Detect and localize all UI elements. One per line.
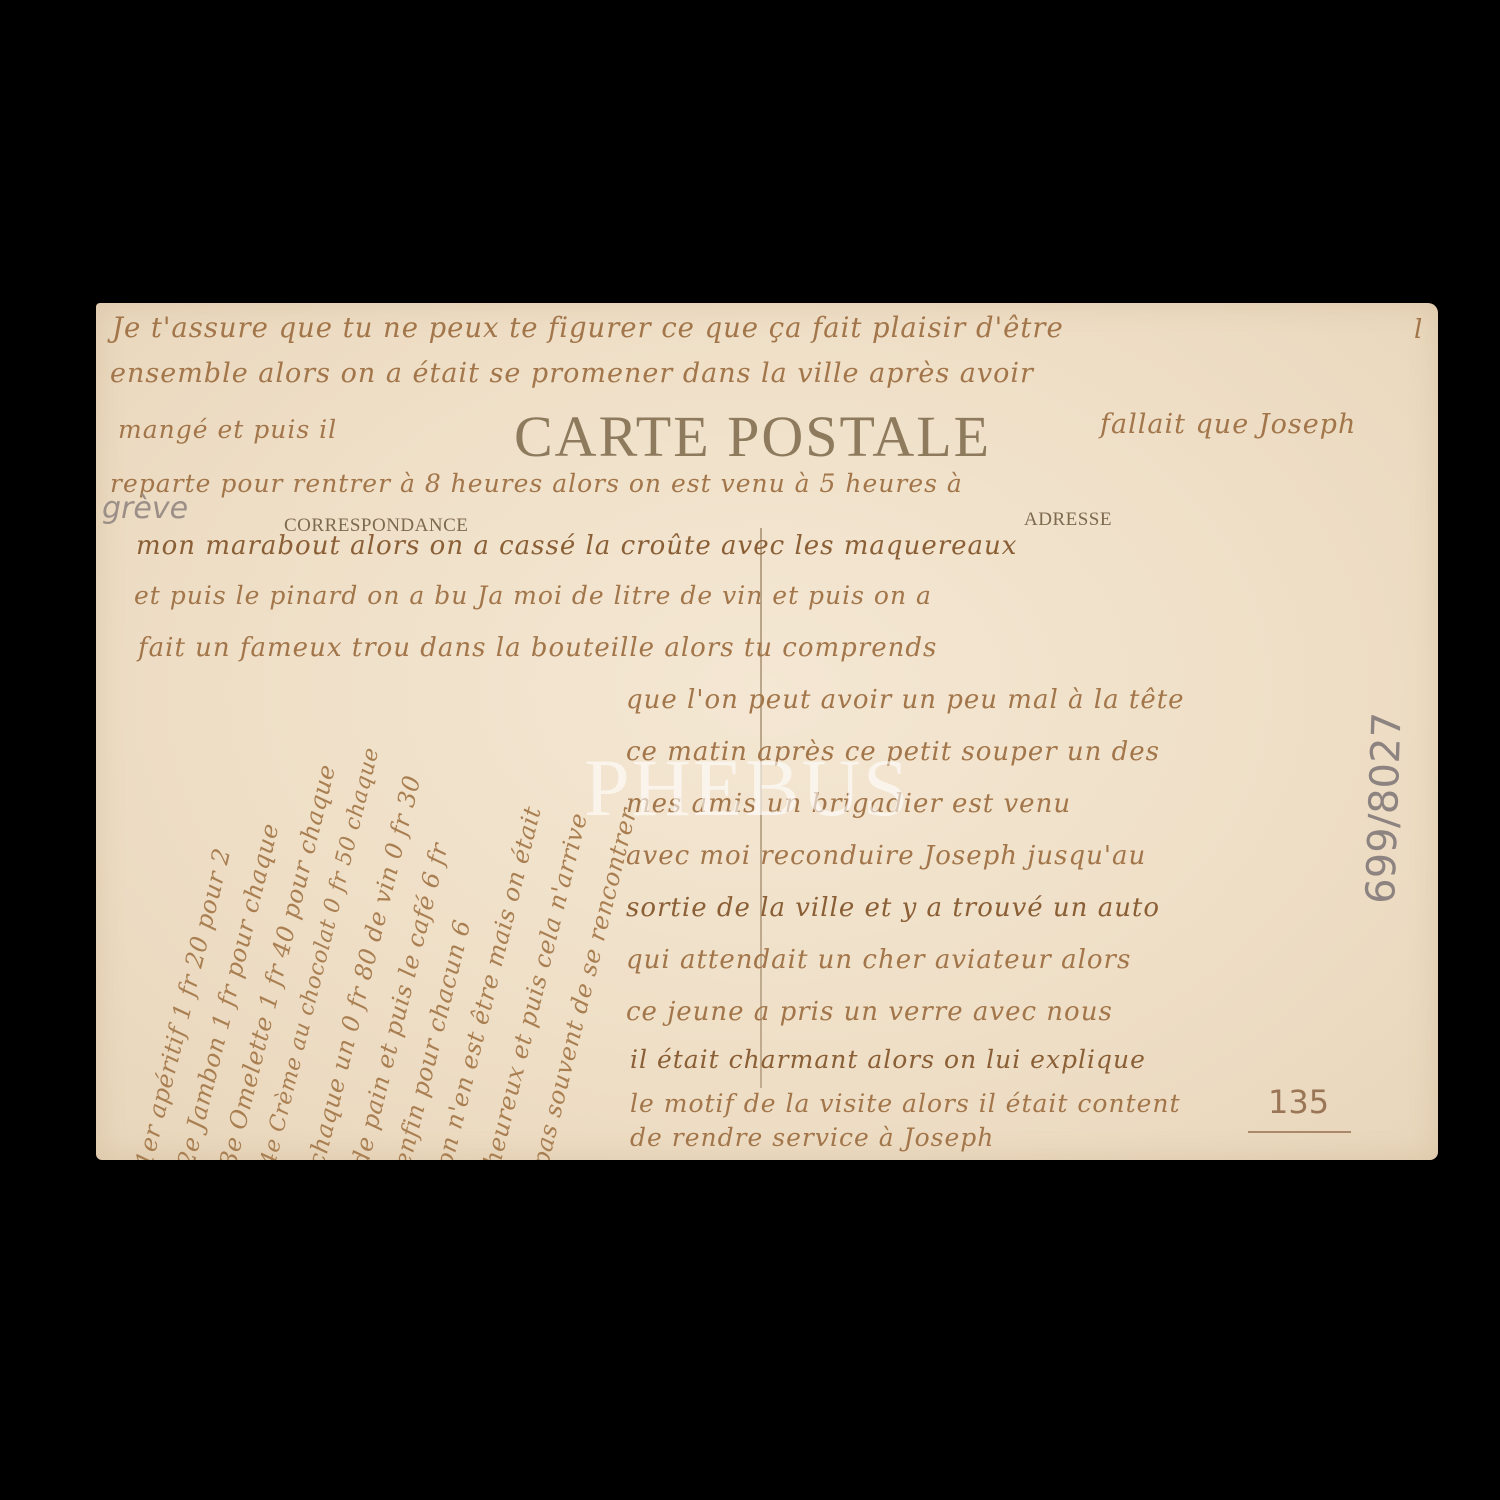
corner-ink-mark: l (1414, 315, 1423, 345)
printed-title: CARTE POSTALE (514, 403, 991, 470)
handwriting-line: Je t'assure que tu ne peux te figurer ce… (112, 311, 1064, 344)
handwriting-line: ensemble alors on a était se promener da… (110, 358, 1034, 389)
handwriting-line: sortie de la ville et y a trouvé un auto (626, 893, 1160, 923)
handwriting-line: avec moi reconduire Joseph jusqu'au (626, 841, 1146, 871)
handwriting-line: mangé et puis il (118, 415, 337, 444)
handwriting-line: ce jeune a pris un verre avec nous (626, 997, 1113, 1027)
handwriting-line: fallait que Joseph (1100, 409, 1356, 440)
pencil-reference-number: 699/8027 (1358, 711, 1411, 904)
handwriting-line: et puis le pinard on a bu Ja moi de litr… (134, 581, 932, 610)
address-label: ADRESSE (1024, 509, 1112, 531)
handwriting-line: de rendre service à Joseph (630, 1123, 994, 1152)
handwriting-line: qui attendait un cher aviateur alors (626, 945, 1131, 975)
handwriting-line: il était charmant alors on lui explique (630, 1045, 1146, 1074)
ink-number: 135 (1268, 1083, 1329, 1121)
handwriting-line: mon marabout alors on a cassé la croûte … (136, 531, 1017, 561)
handwriting-line: le motif de la visite alors il était con… (630, 1089, 1181, 1118)
postcard-back: CARTE POSTALE CORRESPONDANCE ADRESSE Je … (96, 303, 1438, 1160)
handwriting-line: fait un fameux trou dans la bouteille al… (138, 633, 937, 663)
handwriting-line: que l'on peut avoir un peu mal à la tête (626, 685, 1185, 715)
watermark: PHEBUS (584, 741, 910, 835)
handwriting-line: reparte pour rentrer à 8 heures alors on… (110, 469, 963, 498)
circled-pencil-note: grève (102, 491, 188, 526)
